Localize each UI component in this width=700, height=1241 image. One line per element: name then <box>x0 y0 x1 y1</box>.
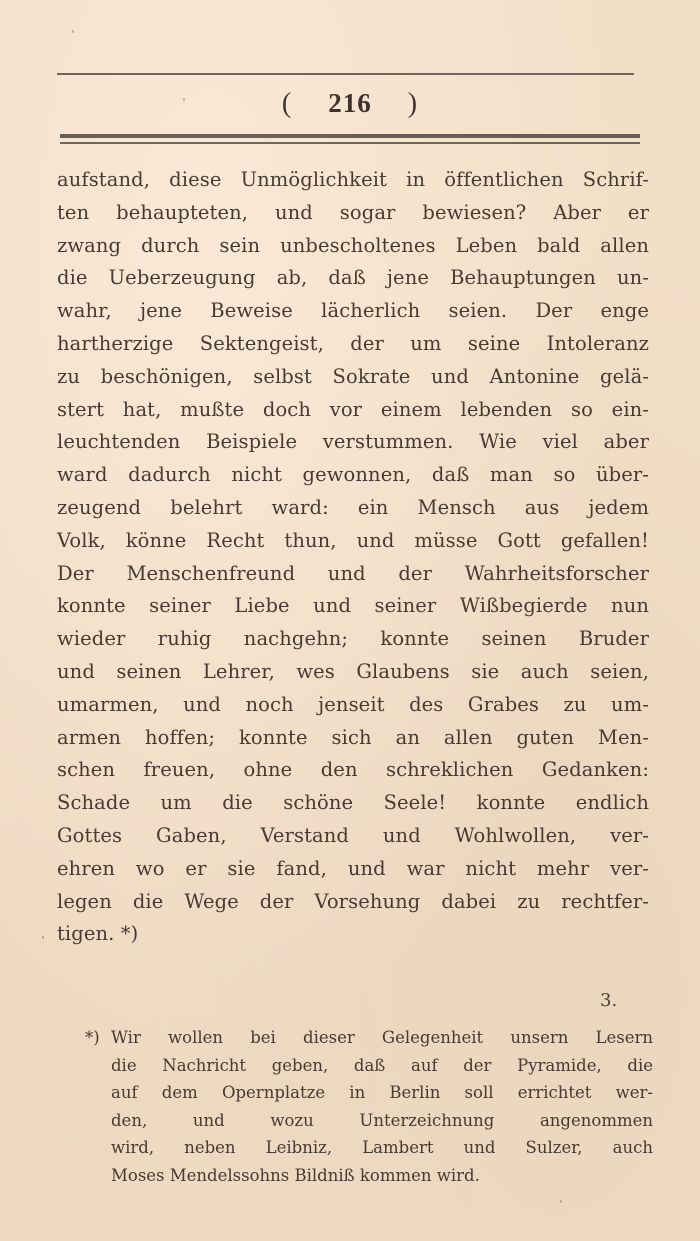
body-text: aufstand, diese Unmöglichkeit in öffentl… <box>57 164 649 951</box>
text-line: wieder ruhig nachgehn; konnte seinen Bru… <box>57 623 649 656</box>
header-rule-thick <box>60 134 640 138</box>
header-rule-thin <box>60 142 640 144</box>
paper-speck <box>560 1200 562 1203</box>
text-line: Schade um die schöne Seele! konnte endli… <box>57 787 649 820</box>
text-line: wahr, jene Beweise lächerlich seien. Der… <box>57 295 649 328</box>
paper-speck <box>183 98 185 101</box>
text-line: stert hat, mußte doch vor einem lebenden… <box>57 394 649 427</box>
text-line: Der Menschenfreund und der Wahrheitsfors… <box>57 558 649 591</box>
text-line: und seinen Lehrer, wes Glaubens sie auch… <box>57 656 649 689</box>
text-line: Volk, könne Recht thun, und müsse Gott g… <box>57 525 649 558</box>
close-paren: ) <box>408 88 418 120</box>
text-line: zu beschönigen, selbst Sokrate und Anton… <box>57 361 649 394</box>
paper-speck <box>42 936 44 939</box>
footnote-text: Wir wollen bei dieser Gelegenheit unsern… <box>111 1028 653 1047</box>
footnote-line: wird, neben Leibniz, Lambert und Sulzer,… <box>85 1134 653 1162</box>
text-line: ward dadurch nicht gewonnen, daß man so … <box>57 459 649 492</box>
text-line: armen hoffen; konnte sich an allen guten… <box>57 722 649 755</box>
text-line: ten behaupteten, und sogar bewiesen? Abe… <box>57 197 649 230</box>
footnote-line-last: Moses Mendelssohns Bildniß kommen wird. <box>85 1162 653 1190</box>
text-line: ehren wo er sie fand, und war nicht mehr… <box>57 853 649 886</box>
text-line: konnte seiner Liebe und seiner Wißbegier… <box>57 590 649 623</box>
page-number: 216 <box>328 88 372 119</box>
page-header: (216) <box>0 88 700 120</box>
footnote: *)Wir wollen bei dieser Gelegenheit unse… <box>85 1024 653 1190</box>
book-page: (216) aufstand, diese Unmöglichkeit in ö… <box>0 0 700 1241</box>
footnote-marker: *) <box>85 1024 111 1052</box>
footnote-line-first: *)Wir wollen bei dieser Gelegenheit unse… <box>85 1024 653 1052</box>
open-paren: ( <box>282 88 292 120</box>
text-line: leuchtenden Beispiele verstummen. Wie vi… <box>57 426 649 459</box>
text-line: schen freuen, ohne den schreklichen Geda… <box>57 754 649 787</box>
text-line: Gottes Gaben, Verstand und Wohlwollen, v… <box>57 820 649 853</box>
top-rule <box>57 73 634 75</box>
text-line: zwang durch sein unbescholtenes Leben ba… <box>57 230 649 263</box>
footnote-line: auf dem Opernplatze in Berlin soll erric… <box>85 1079 653 1107</box>
catchword: 3. <box>600 990 617 1011</box>
text-line: legen die Wege der Vorsehung dabei zu re… <box>57 886 649 919</box>
text-line: zeugend belehrt ward: ein Mensch aus jed… <box>57 492 649 525</box>
footnote-line: den, und wozu Unterzeichnung angenommen <box>85 1107 653 1135</box>
text-line: die Ueberzeugung ab, daß jene Behauptung… <box>57 262 649 295</box>
text-line: umarmen, und noch jenseit des Grabes zu … <box>57 689 649 722</box>
text-line: aufstand, diese Unmöglichkeit in öffentl… <box>57 164 649 197</box>
text-line: hartherzige Sektengeist, der um seine In… <box>57 328 649 361</box>
text-line-last: tigen. *) <box>57 918 649 951</box>
paper-speck <box>72 30 74 33</box>
footnote-line: die Nachricht geben, daß auf der Pyramid… <box>85 1052 653 1080</box>
